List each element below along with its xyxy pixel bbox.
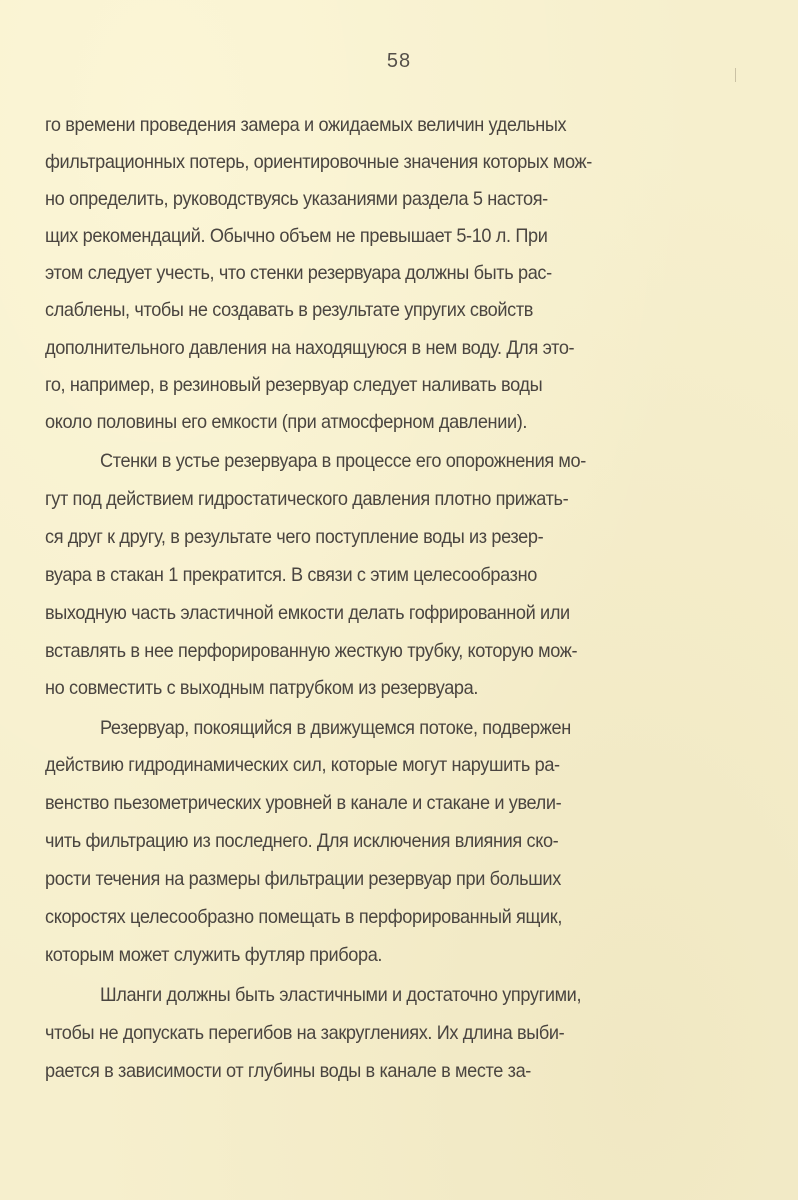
text-line: Стенки в устье резервуара в процессе его… — [100, 449, 586, 473]
text-line: Шланги должны быть эластичными и достато… — [100, 983, 581, 1007]
text-line: вставлять в нее перфорированную жесткую … — [45, 639, 577, 663]
text-line: скоростях целесообразно помещать в перфо… — [45, 905, 562, 929]
text-line: но совместить с выходным патрубком из ре… — [45, 676, 478, 700]
text-line: этом следует учесть, что стенки резервуа… — [45, 261, 552, 285]
text-line: щих рекомендаций. Обычно объем не превыш… — [45, 224, 547, 248]
text-line: ся друг к другу, в результате чего посту… — [45, 525, 543, 549]
text-line: го, например, в резиновый резервуар след… — [45, 373, 542, 397]
text-line: чтобы не допускать перегибов на закругле… — [45, 1021, 564, 1045]
text-line: вуара в стакан 1 прекратится. В связи с … — [45, 563, 537, 587]
text-line: Резервуар, покоящийся в движущемся поток… — [100, 716, 571, 740]
text-line: около половины его емкости (при атмосфер… — [45, 410, 527, 434]
text-line: выходную часть эластичной емкости делать… — [45, 601, 570, 625]
text-line: которым может служить футляр прибора. — [45, 943, 382, 967]
text-line: чить фильтрацию из последнего. Для исклю… — [45, 829, 558, 853]
text-line: гут под действием гидростатического давл… — [45, 487, 568, 511]
text-line: рается в зависимости от глубины воды в к… — [45, 1059, 531, 1083]
text-line: го времени проведения замера и ожидаемых… — [45, 113, 566, 137]
text-line: рости течения на размеры фильтрации резе… — [45, 867, 561, 891]
text-line: дополнительного давления на находящуюся … — [45, 336, 574, 360]
text-line: слаблены, чтобы не создавать в результат… — [45, 298, 533, 322]
text-line: действию гидродинамических сил, которые … — [45, 753, 560, 777]
page-number: 58 — [0, 50, 798, 73]
text-line: но определить, руководствуясь указаниями… — [45, 187, 548, 211]
text-line: фильтрационных потерь, ориентировочные з… — [45, 150, 592, 174]
scan-mark — [735, 68, 736, 82]
text-line: венство пьезометрических уровней в канал… — [45, 791, 561, 815]
